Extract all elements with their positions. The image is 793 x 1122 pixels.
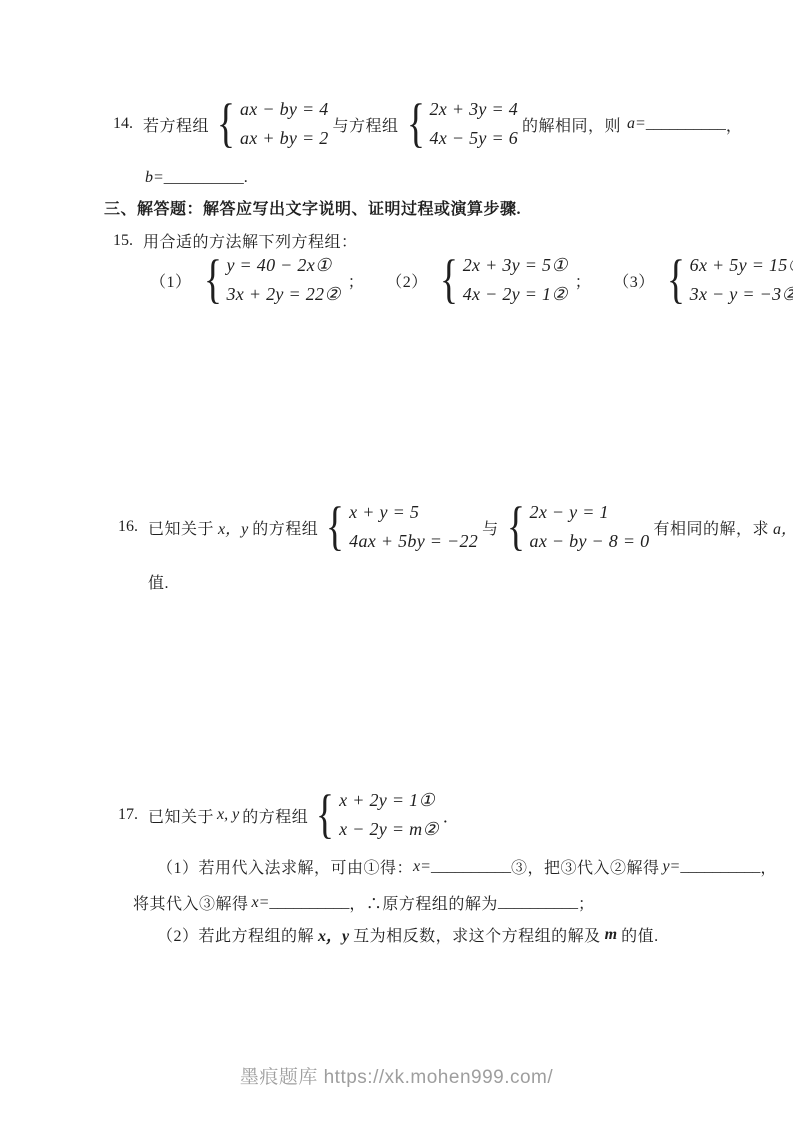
comma: ， [760, 855, 777, 878]
problem-14-line1: 14. 若方程组 ax − by = 4 ax + by = 2 与方程组 2x… [113, 95, 742, 153]
system-1: y = 40 − 2x① 3x + 2y = 22② [200, 251, 341, 309]
part1-text-1: 若用代入法求解，可由①得： [199, 855, 414, 878]
equation: ax − by − 8 = 0 [530, 527, 650, 556]
variable-x-label: x= [252, 894, 270, 912]
equation: 4ax + 5by = −22 [349, 527, 478, 556]
problem-16: 16. 已知关于 x，y 的方程组 x + y = 5 4ax + 5by = … [118, 498, 793, 593]
equation: ax + by = 2 [240, 124, 329, 153]
variable-b-label: b= [145, 169, 164, 187]
separator: ； [575, 269, 592, 292]
problem-17-part2: （2） 若此方程组的解 x，y 互为相反数，求这个方程组的解及 m 的值. [157, 923, 659, 946]
variables-xy: x, y [217, 806, 239, 824]
problem-16-number: 16. [118, 518, 138, 536]
period: . [244, 169, 248, 187]
problem-16-line2: 值. [148, 570, 793, 593]
variable-a-label: a= [627, 115, 646, 133]
problem-14-text-after: 的解相同，则 [522, 113, 621, 136]
system-1-equations: y = 40 − 2x① 3x + 2y = 22② [226, 251, 340, 309]
problem-17-part1-line2: 将其代入③解得 x= __________ ，∴原方程组的解为 ________… [133, 891, 594, 914]
problem-17: 17. 已知关于 x, y 的方程组 x + 2y = 1① x − 2y = … [118, 786, 459, 844]
part2-text-1: 若此方程组的解 [199, 923, 315, 946]
problem-16-text-2: 的方程组 [252, 516, 318, 539]
problem-16-system-2: 2x − y = 1 ax − by − 8 = 0 [503, 498, 650, 556]
footer-watermark: 墨痕题库 https://xk.mohen999.com/ [0, 1062, 793, 1089]
answer-blank-2: __________ [680, 858, 760, 876]
part2-label: （2） [157, 923, 199, 946]
section-3-heading: 三、解答题：解答应写出文字说明、证明过程或演算步骤. [104, 196, 521, 219]
separator: ； [348, 269, 365, 292]
problem-14-system-1-equations: ax − by = 4 ax + by = 2 [240, 95, 329, 153]
equation: x + y = 5 [349, 498, 478, 527]
system-group-2: （2） 2x + 3y = 5① 4x − 2y = 1② ； [386, 251, 591, 309]
left-brace-icon [326, 501, 344, 552]
equation: 4x − 5y = 6 [429, 124, 518, 153]
equation: y = 40 − 2x① [226, 251, 340, 280]
part1-text-4: ，∴原方程组的解为 [349, 891, 498, 914]
system-1-label: （1） [150, 269, 192, 292]
problem-16-system-2-equations: 2x − y = 1 ax − by − 8 = 0 [530, 498, 650, 556]
problem-17-text-2: 的方程组 [242, 804, 308, 827]
problem-14: 14. 若方程组 ax − by = 4 ax + by = 2 与方程组 2x… [113, 95, 742, 187]
problem-14-text-mid: 与方程组 [333, 113, 399, 136]
left-brace-icon [506, 501, 524, 552]
variable-m-label: m [605, 926, 617, 944]
problem-14-system-2: 2x + 3y = 4 4x − 5y = 6 [403, 95, 519, 153]
comma: ， [726, 113, 743, 136]
problem-16-line1: 16. 已知关于 x，y 的方程组 x + y = 5 4ax + 5by = … [118, 498, 793, 556]
problem-16-text-1: 已知关于 [148, 516, 214, 539]
left-brace-icon [667, 254, 685, 305]
variables-ab: a，b [773, 516, 793, 539]
answer-blank-1: __________ [431, 858, 511, 876]
problem-14-system-2-equations: 2x + 3y = 4 4x − 5y = 6 [429, 95, 518, 153]
problem-17-system: x + 2y = 1① x − 2y = m② [312, 786, 439, 844]
answer-blank-b: __________ [164, 169, 244, 187]
equation: 3x + 2y = 22② [226, 280, 340, 309]
system-2: 2x + 3y = 5① 4x − 2y = 1② [436, 251, 568, 309]
variable-y-label: y= [662, 858, 680, 876]
equation: x − 2y = m② [339, 815, 439, 844]
problem-15-systems: （1） y = 40 − 2x① 3x + 2y = 22② ； （2） 2x … [150, 251, 793, 309]
problem-17-system-equations: x + 2y = 1① x − 2y = m② [339, 786, 439, 844]
system-3: 6x + 5y = 15① 3x − y = −3② [663, 251, 793, 309]
system-2-equations: 2x + 3y = 5① 4x − 2y = 1② [463, 251, 568, 309]
problem-17-number: 17. [118, 806, 138, 824]
system-group-3: （3） 6x + 5y = 15① 3x − y = −3② ． [613, 251, 793, 309]
problem-16-system-1: x + y = 5 4ax + 5by = −22 [322, 498, 478, 556]
equation: 4x − 2y = 1② [463, 280, 568, 309]
equation: 2x − y = 1 [530, 498, 650, 527]
left-brace-icon [440, 254, 458, 305]
problem-17-part1-line1: （1） 若用代入法求解，可由①得： x= __________ ③，把③代入②解… [157, 855, 777, 878]
period: ． [443, 804, 460, 827]
left-brace-icon [203, 254, 221, 305]
problem-14-system-1: ax − by = 4 ax + by = 2 [213, 95, 329, 153]
answer-blank-a: __________ [646, 115, 726, 133]
system-group-1: （1） y = 40 − 2x① 3x + 2y = 22② ； [150, 251, 364, 309]
problem-16-text-4: 有相同的解，求 [653, 516, 769, 539]
problem-15: 15. 用合适的方法解下列方程组： [113, 229, 358, 252]
problem-16-system-1-equations: x + y = 5 4ax + 5by = −22 [349, 498, 478, 556]
left-brace-icon [316, 789, 334, 840]
part1-label: （1） [157, 855, 199, 878]
equation: 2x + 3y = 5① [463, 251, 568, 280]
equation: 2x + 3y = 4 [429, 95, 518, 124]
part2-text-3: 的值. [621, 923, 659, 946]
variables-xy: x，y [218, 516, 248, 539]
part1-text-2: ③，把③代入②解得 [511, 855, 660, 878]
equation: 6x + 5y = 15① [690, 251, 793, 280]
variables-xy: x，y [318, 923, 349, 946]
variable-x-label: x= [413, 858, 431, 876]
part1-text-3: 将其代入③解得 [133, 891, 249, 914]
problem-17-text-1: 已知关于 [148, 804, 214, 827]
problem-14-number: 14. [113, 115, 133, 133]
problem-15-number: 15. [113, 232, 133, 250]
equation: ax − by = 4 [240, 95, 329, 124]
problem-16-text-3: 与 [482, 516, 499, 539]
semicolon: ； [578, 891, 595, 914]
left-brace-icon [406, 98, 424, 149]
left-brace-icon [217, 98, 235, 149]
answer-blank-4: __________ [498, 894, 578, 912]
system-2-label: （2） [386, 269, 428, 292]
worksheet-page: 14. 若方程组 ax − by = 4 ax + by = 2 与方程组 2x… [0, 0, 793, 1122]
system-3-equations: 6x + 5y = 15① 3x − y = −3② [690, 251, 793, 309]
part2-text-2: 互为相反数，求这个方程组的解及 [353, 923, 601, 946]
problem-15-title: 用合适的方法解下列方程组： [143, 229, 358, 252]
equation: 3x − y = −3② [690, 280, 793, 309]
problem-14-text-before: 若方程组 [143, 113, 209, 136]
equation: x + 2y = 1① [339, 786, 439, 815]
problem-14-line2: b= __________ . [145, 169, 742, 187]
answer-blank-3: __________ [269, 894, 349, 912]
system-3-label: （3） [613, 269, 655, 292]
problem-16-continuation: 值. [148, 570, 169, 593]
